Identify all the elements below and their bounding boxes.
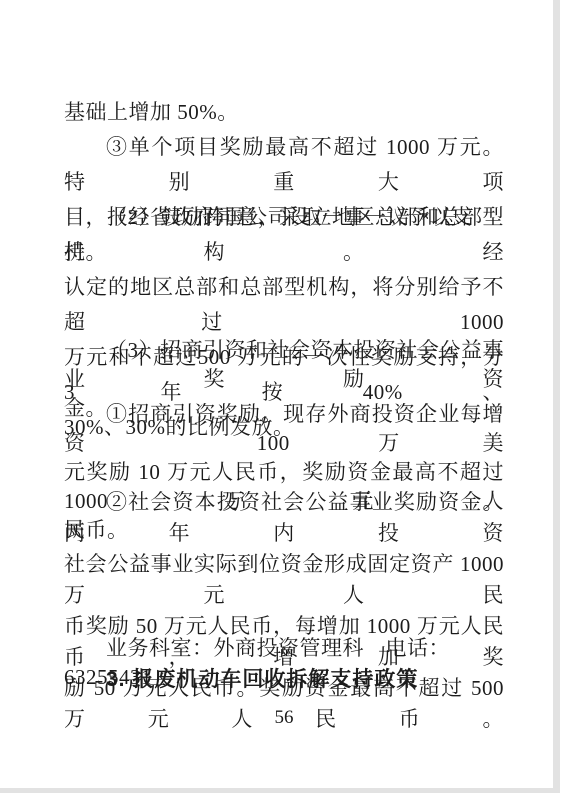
text-line: ②社会资本投资社会公益事业奖励资金。两年内投资 [64, 487, 504, 549]
text-line: （2）鼓励跨国公司设立地区总部和总部型机构。经 [64, 200, 504, 270]
text-line: 认定的地区总部和总部型机构，将分别给予不超过 1000 [64, 270, 504, 340]
page-edge-bottom [0, 788, 560, 793]
page-edge-right [553, 0, 560, 793]
para-item-circle2: ②社会资本投资社会公益事业奖励资金。两年内投资 社会公益事业实际到位资金形成固定… [64, 487, 504, 735]
text-line: （3）招商引资和社会资本投资社会公益事业奖励资 [64, 336, 504, 394]
page-number: 56 [64, 707, 504, 729]
section-heading-text: 3. 报废机动车回收拆解支持政策 [64, 665, 504, 694]
document-page: 基础上增加 50%。 ③单个项目奖励最高不超过 1000 万元。特别重大项 目，… [0, 0, 562, 795]
text-line: ③单个项目奖励最高不超过 1000 万元。特别重大项 [64, 130, 504, 200]
text-line: ①招商引资奖励。现存外商投资企业每增资 100 万美 [64, 400, 504, 458]
para-continuation: 基础上增加 50%。 [64, 95, 504, 130]
text-line: 基础上增加 50%。 [64, 95, 504, 130]
text-line: 社会公益事业实际到位资金形成固定资产 1000 万元人民 [64, 549, 504, 611]
section-heading: 3. 报废机动车回收拆解支持政策 [64, 665, 504, 694]
